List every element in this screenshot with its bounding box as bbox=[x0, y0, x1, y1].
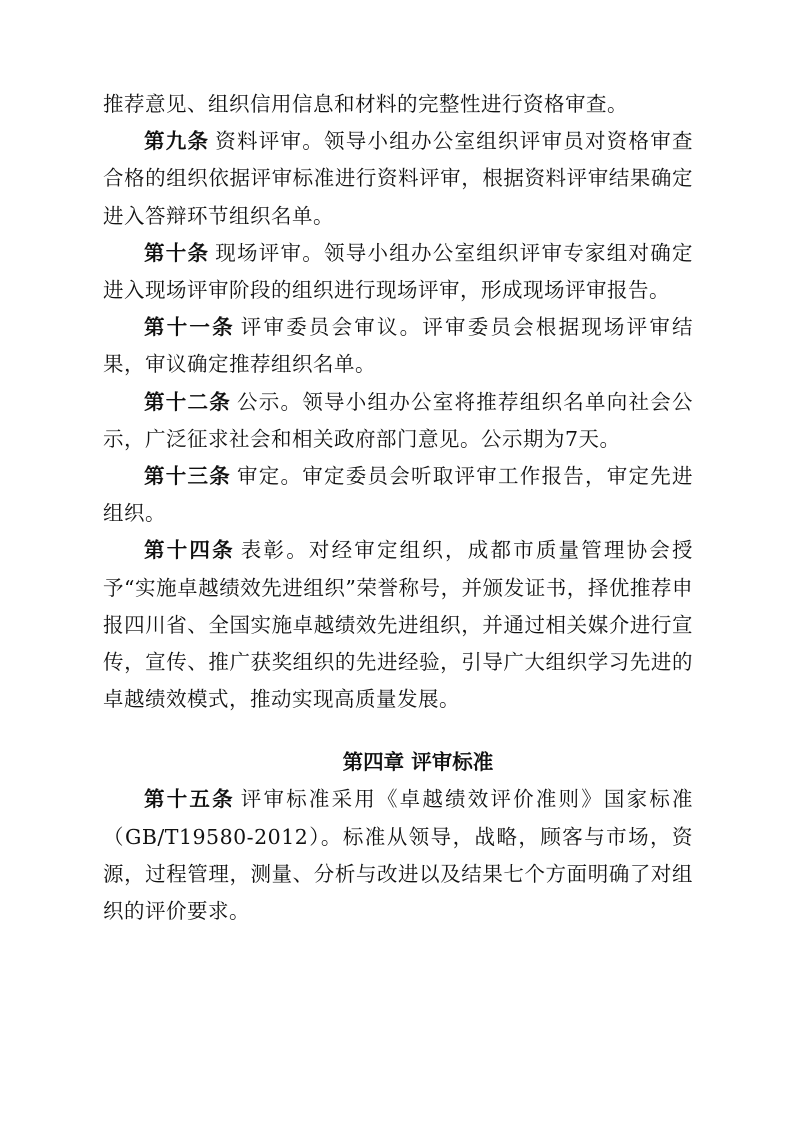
article-10: 第十条现场评审。领导小组办公室组织评审专家组对确定进入现场评审阶段的组织进行现场… bbox=[103, 235, 693, 309]
paragraph-continuation: 推荐意见、组织信用信息和材料的完整性进行资格审查。 bbox=[103, 86, 693, 123]
paragraph-text: 表彰。对经审定组织，成都市质量管理协会授予“实施卓越绩效先进组织”荣誉称号，并颁… bbox=[103, 538, 693, 711]
article-number: 第九条 bbox=[144, 129, 209, 153]
article-number: 第十四条 bbox=[144, 538, 235, 562]
article-number: 第十条 bbox=[144, 241, 209, 265]
article-12: 第十二条公示。领导小组办公室将推荐组织名单向社会公示，广泛征求社会和相关政府部门… bbox=[103, 384, 693, 458]
article-number: 第十三条 bbox=[144, 464, 231, 488]
article-11: 第十一条评审委员会审议。评审委员会根据现场评审结果，审议确定推荐组织名单。 bbox=[103, 309, 693, 383]
article-14: 第十四条表彰。对经审定组织，成都市质量管理协会授予“实施卓越绩效先进组织”荣誉称… bbox=[103, 532, 693, 718]
article-13: 第十三条审定。审定委员会听取评审工作报告，审定先进组织。 bbox=[103, 458, 693, 532]
article-number: 第十二条 bbox=[144, 390, 231, 414]
article-number: 第十五条 bbox=[144, 787, 235, 811]
paragraph-text: 推荐意见、组织信用信息和材料的完整性进行资格审查。 bbox=[103, 92, 628, 116]
article-number: 第十一条 bbox=[144, 315, 235, 339]
document-page: 推荐意见、组织信用信息和材料的完整性进行资格审查。 第九条资料评审。领导小组办公… bbox=[103, 86, 693, 930]
article-9: 第九条资料评审。领导小组办公室组织评审员对资格审查合格的组织依据评审标准进行资料… bbox=[103, 123, 693, 235]
chapter-heading: 第四章 评审标准 bbox=[103, 744, 693, 781]
article-15: 第十五条评审标准采用《卓越绩效评价准则》国家标准（GB/T19580-2012）… bbox=[103, 781, 693, 930]
